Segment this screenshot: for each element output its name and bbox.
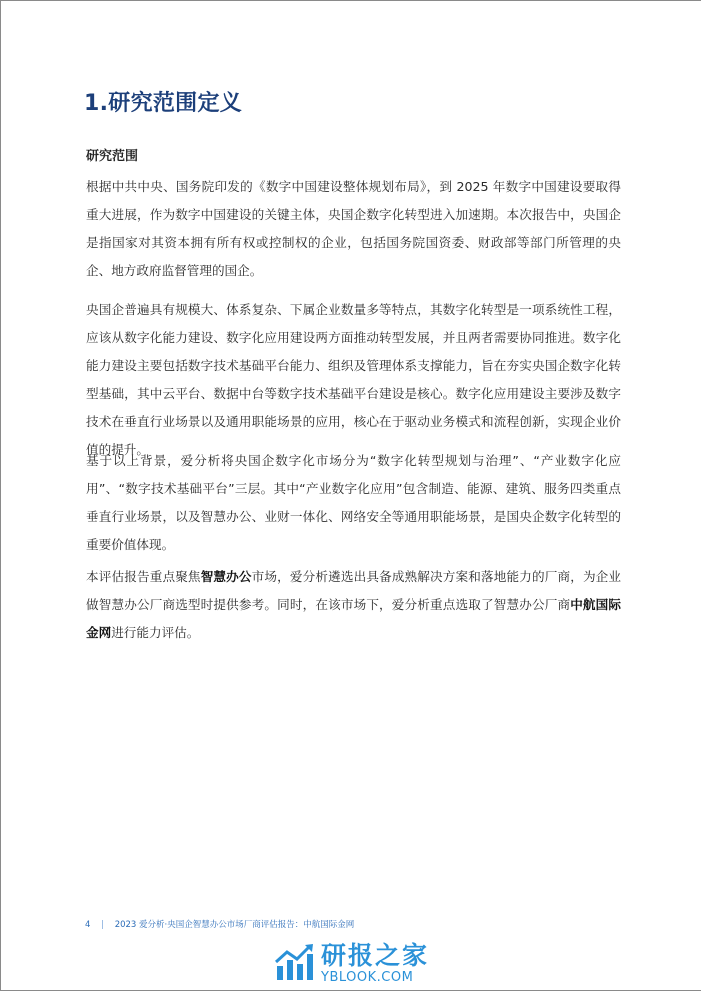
paragraph-characteristics: 央国企普遍具有规模大、体系复杂、下属企业数量多等特点，其数字化转型是一项系统性工… [86, 296, 621, 464]
paragraph-market-layers: 基于以上背景，爱分析将央国企数字化市场分为“数字化转型规划与治理”、“产业数字化… [86, 447, 621, 559]
watermark-name-en: YBLOOK.COM [321, 971, 429, 984]
paragraph-report-focus: 本评估报告重点聚焦智慧办公市场，爱分析遴选出具备成熟解决方案和落地能力的厂商，为… [86, 563, 621, 647]
watermark-logo: 研报之家 YBLOOK.COM [275, 943, 429, 984]
watermark-name-cn: 研报之家 [321, 943, 429, 968]
document-page: 1.研究范围定义 研究范围 根据中共中央、国务院印发的《数字中国建设整体规划布局… [0, 0, 701, 991]
focus-text-part3: 进行能力评估。 [111, 625, 199, 640]
footer-report-title: 2023 爱分析·央国企智慧办公市场厂商评估报告：中航国际金网 [115, 920, 355, 930]
focus-text-part1: 本评估报告重点聚焦 [86, 569, 201, 584]
page-title: 1.研究范围定义 [84, 89, 242, 119]
focus-market-highlight: 智慧办公 [201, 569, 252, 584]
footer-separator: | [101, 920, 104, 930]
paragraph-background: 根据中共中央、国务院印发的《数字中国建设整体规划布局》，到 2025 年数字中国… [86, 173, 621, 285]
page-number: 4 [85, 920, 90, 930]
section-heading: 研究范围 [86, 147, 138, 167]
page-footer: 4 | 2023 爱分析·央国企智慧办公市场厂商评估报告：中航国际金网 [85, 918, 354, 930]
bar-chart-trend-icon [275, 944, 315, 984]
